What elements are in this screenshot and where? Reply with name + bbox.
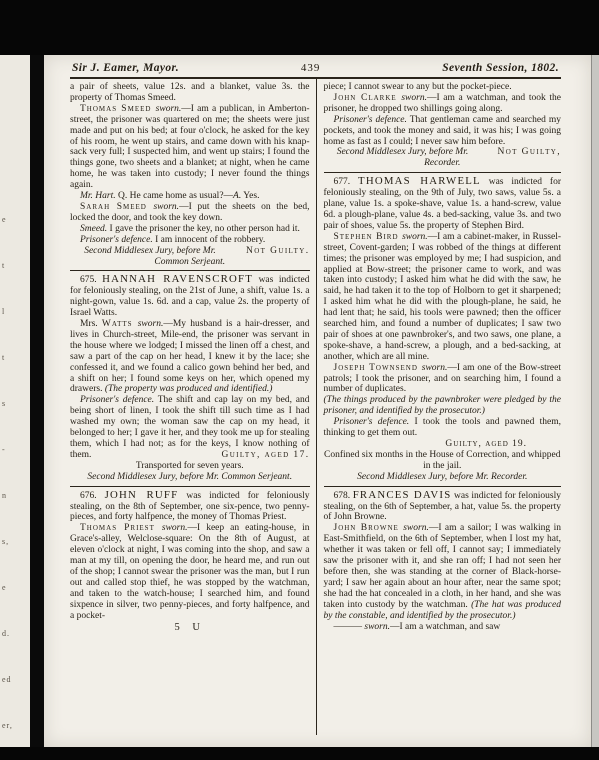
text-segment-it: sworn. — [401, 93, 427, 103]
paragraph: (The things produced by the pawnbroker w… — [324, 395, 562, 417]
sig-line: 5 U — [70, 623, 310, 634]
text-segment-plain: 676. — [80, 491, 105, 501]
text-segment-caps: HANNAH RAVENSCROFT — [102, 273, 253, 285]
text-segment-it: sworn. — [153, 202, 179, 212]
text-segment-caps: FRANCES DAVIS — [353, 489, 452, 501]
text-segment-sc: Watts — [102, 319, 138, 329]
text-segment-plain: —I keep an eating-house, in Grace's-alle… — [70, 523, 310, 620]
text-segment-it: Prisoner's defence. — [334, 115, 407, 125]
text-segment-it: (The property was produced and identifie… — [105, 384, 273, 394]
paragraph: Mr. Hart. Q. He came home as usual?—A. Y… — [70, 191, 310, 202]
text-segment-plain: Guilty, aged 19. — [445, 439, 527, 449]
page-edge-fragment: s, — [2, 537, 9, 546]
page-number: 439 — [301, 62, 321, 74]
text-segment-plain: —I am a sailor; I was walking in East-Sm… — [324, 523, 562, 609]
text-segment-plain: —I am a cabinet-maker, in Russel-street,… — [324, 232, 562, 362]
paragraph: piece; I cannot swear to any but the poc… — [324, 82, 562, 93]
scan-black-band-bottom — [0, 747, 599, 760]
text-segment-plain: Confined six months in the House of Corr… — [324, 450, 560, 471]
paragraph: John Clarke sworn.—I am a watchman, and … — [324, 93, 562, 115]
text-segment-plain: piece; I cannot swear to any but the poc… — [324, 82, 512, 92]
page-edge-fragment: e — [2, 583, 7, 592]
text-segment-sc: Sarah Smeed — [80, 202, 153, 212]
book-gutter — [30, 55, 44, 747]
scan-right-edge — [591, 55, 599, 747]
paragraph: ——— sworn.—I am a watchman, and saw — [324, 622, 562, 633]
section-divider — [70, 486, 310, 487]
paragraph: Sarah Smeed sworn.—I put the sheets on t… — [70, 202, 310, 224]
text-segment-verdict: Guilty, aged 17. — [205, 450, 309, 461]
text-segment-it: sworn. — [403, 523, 429, 533]
center-line: Transported for seven years. — [70, 461, 310, 472]
paragraph: John Browne sworn.—I am a sailor; I was … — [324, 523, 562, 621]
text-segment-it: Mr. Hart. — [80, 191, 118, 201]
paragraph: Thomas Smeed sworn.—I am a publican, in … — [70, 104, 310, 191]
text-segment-plain: I am innocent of the robbery. — [153, 235, 266, 245]
text-segment-it: sworn. — [138, 319, 164, 329]
page-edge-fragment: er, — [2, 721, 13, 730]
paragraph: Thomas Priest sworn.—I keep an eating-ho… — [70, 523, 310, 621]
page-edge-fragment: s — [2, 399, 6, 408]
text-segment-plain: Mrs. — [80, 319, 102, 329]
text-segment-it: A. — [233, 191, 241, 201]
text-segment-it: Prisoner's defence. — [80, 395, 154, 405]
paragraph: Mrs. Watts sworn.—My husband is a hair-d… — [70, 319, 310, 395]
text-segment-it: sworn. — [156, 104, 182, 114]
paragraph: Prisoner's defence. I took the tools and… — [324, 417, 562, 439]
column-right: piece; I cannot swear to any but the poc… — [316, 79, 562, 735]
text-segment-plain: Q. He came home as usual?— — [118, 191, 233, 201]
text-segment-sc: John Clarke — [334, 93, 402, 103]
text-segment-it: sworn. — [422, 363, 448, 373]
text-segment-it: Prisoner's defence. — [334, 417, 410, 427]
text-segment-verdict: Not Guilty. — [230, 246, 310, 257]
header-session: Seventh Session, 1802. — [442, 62, 559, 74]
page-edge-fragment: t — [2, 261, 5, 270]
page-edge-fragment: n — [2, 491, 7, 500]
running-header: Sir J. Eamer, Mayor. 439 Seventh Session… — [70, 60, 561, 79]
page-edge-fragment: e — [2, 215, 7, 224]
column-left: a pair of sheets, value 12s. and a blank… — [70, 79, 316, 735]
text-segment-plain: ——— — [334, 622, 365, 632]
text-segment-plain: Transported for seven years. — [136, 461, 244, 471]
paragraph: 678. FRANCES DAVIS was indicted for felo… — [324, 490, 562, 524]
text-segment-caps: THOMAS HARWELL — [358, 175, 481, 187]
center-line: Confined six months in the House of Corr… — [324, 450, 562, 472]
text-segment-sc: John Browne — [334, 523, 404, 533]
paragraph: 676. JOHN RUFF was indicted for feloniou… — [70, 490, 310, 524]
text-segment-it: Second Middlesex Jury, before Mr. Record… — [337, 147, 469, 168]
text-segment-it: sworn. — [364, 622, 390, 632]
page-edge-fragment: - — [2, 445, 6, 454]
paragraph: Prisoner's defence. That gentleman came … — [324, 115, 562, 148]
document-page: Sir J. Eamer, Mayor. 439 Seventh Session… — [44, 55, 591, 747]
paragraph: a pair of sheets, value 12s. and a blank… — [70, 82, 310, 104]
text-segment-it: Second Middlesex Jury, before Mr. Common… — [84, 246, 225, 267]
facing-page-edge: etlts-ns,ed.eder, — [0, 55, 30, 747]
text-segment-it: sworn. — [402, 232, 428, 242]
text-segment-it: Second Middlesex Jury, before Mr. Record… — [357, 472, 527, 482]
paragraph: Prisoner's defence. I am innocent of the… — [70, 235, 310, 246]
text-segment-it: Second Middlesex Jury, before Mr. Common… — [87, 472, 292, 482]
text-segment-plain: —I am a publican, in Amberton-street, th… — [70, 104, 310, 190]
section-divider — [324, 172, 562, 173]
text-segment-caps: JOHN RUFF — [105, 489, 179, 501]
paragraph: 675. HANNAH RAVENSCROFT was indicted for… — [70, 274, 310, 319]
text-segment-verdict: Not Guilty, — [481, 147, 561, 158]
page-edge-fragment: t — [2, 353, 5, 362]
scan-black-band-top — [0, 0, 599, 55]
text-segment-it: sworn. — [162, 523, 188, 533]
text-segment-plain: Yes. — [241, 191, 259, 201]
right-sc-line: Guilty, aged 19. — [324, 439, 562, 450]
page-edge-fragment: l — [2, 307, 5, 316]
section-divider — [70, 270, 310, 271]
page-edge-fragment: ed — [2, 675, 12, 684]
text-segment-it: (The things produced by the pawnbroker w… — [324, 395, 562, 416]
section-divider — [324, 486, 562, 487]
header-mayor: Sir J. Eamer, Mayor. — [72, 62, 179, 74]
text-segment-plain: 675. — [80, 275, 102, 285]
paragraph: 677. THOMAS HARWELL was indicted for fel… — [324, 176, 562, 232]
text-segment-plain: a pair of sheets, value 12s. and a blank… — [70, 82, 310, 103]
page-edge-fragment: d. — [2, 629, 10, 638]
center-italic-line: Second Middlesex Jury, before Mr. Common… — [70, 472, 310, 483]
center-italic-line: Second Middlesex Jury, before Mr. Record… — [324, 472, 562, 483]
text-segment-sc: Joseph Townsend — [334, 363, 422, 373]
text-segment-plain: 5 U — [175, 622, 205, 633]
text-segment-sc: Stephen Bird — [334, 232, 403, 242]
text-segment-plain: I gave the prisoner the key, no other pe… — [107, 224, 300, 234]
paragraph: Joseph Townsend sworn.—I am one of the B… — [324, 363, 562, 396]
text-segment-plain: —I am a watchman, and saw — [390, 622, 500, 632]
paragraph: Stephen Bird sworn.—I am a cabinet-maker… — [324, 232, 562, 363]
text-segment-sc: Thomas Smeed — [80, 104, 156, 114]
text-segment-sc: Thomas Priest — [80, 523, 162, 533]
text-columns: a pair of sheets, value 12s. and a blank… — [70, 79, 561, 735]
text-segment-plain: 678. — [334, 491, 353, 501]
text-segment-it: Prisoner's defence. — [80, 235, 153, 245]
text-segment-it: Smeed. — [80, 224, 107, 234]
text-segment-plain: 677. — [334, 177, 359, 187]
paragraph: Prisoner's defence. The shift and cap la… — [70, 395, 310, 460]
paragraph: Smeed. I gave the prisoner the key, no o… — [70, 224, 310, 235]
